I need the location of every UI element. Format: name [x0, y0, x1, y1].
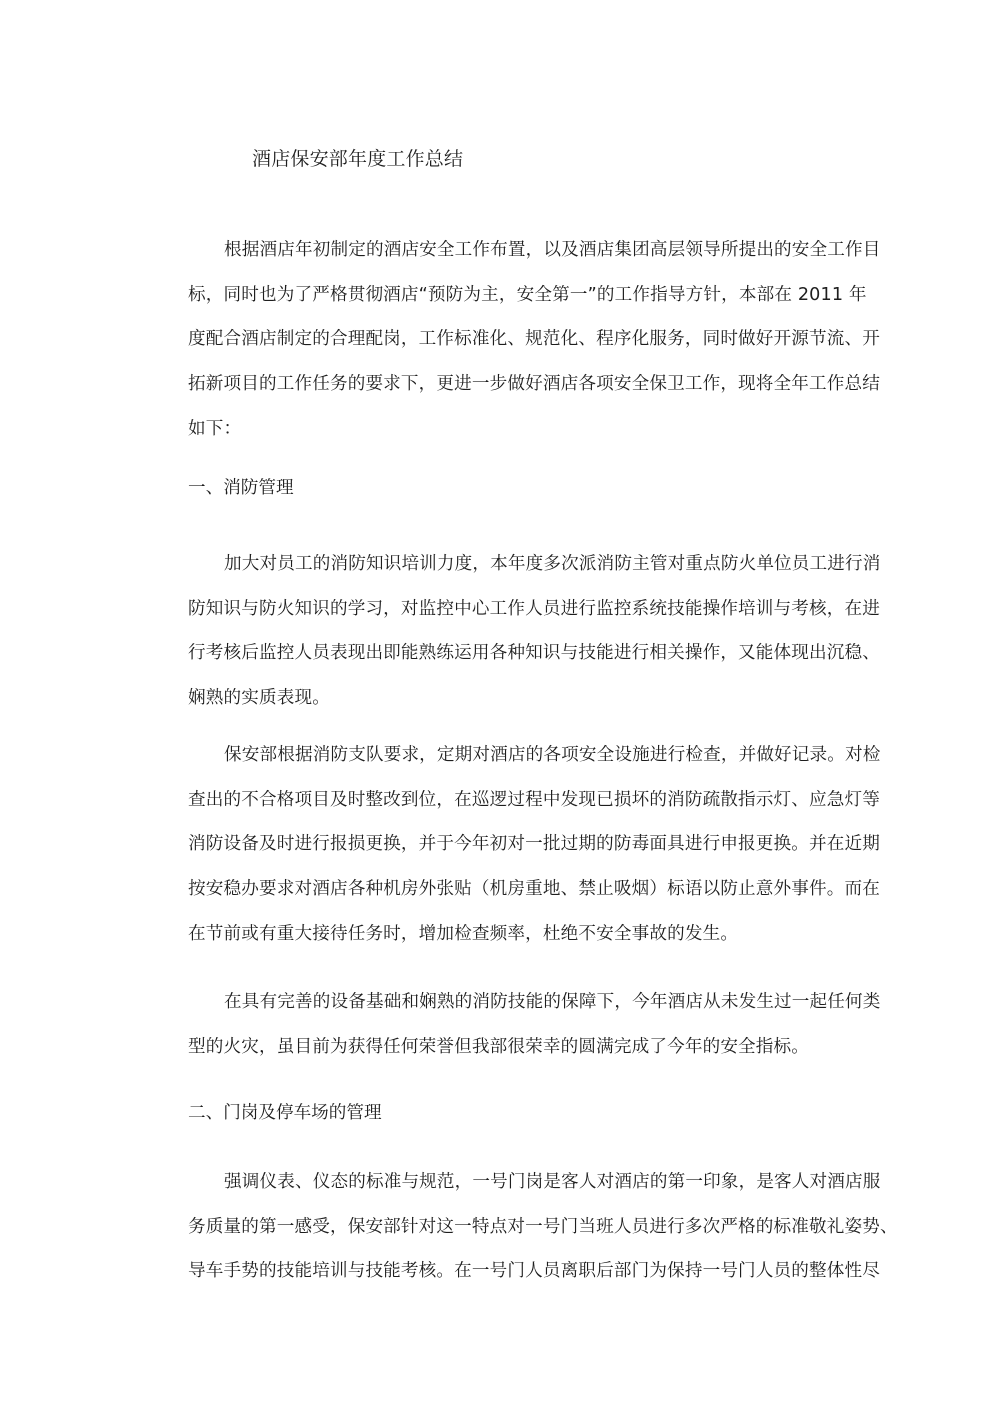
intro-paragraph: 根据酒店年初制定的酒店安全工作布置，以及酒店集团高层领导所提出的安全工作目 标，… [152, 228, 842, 452]
fire-training-paragraph: 加大对员工的消防知识培训力度，本年度多次派消防主管对重点防火单位员工进行消 防知… [152, 542, 842, 721]
text-line: 按安稳办要求对酒店各种机房外张贴（机房重地、禁止吸烟）标语以防止意外事件。而在 [152, 867, 842, 912]
fire-safety-result-paragraph: 在具有完善的设备基础和娴熟的消防技能的保障下，今年酒店从未发生过一起任何类 型的… [152, 980, 842, 1069]
text-line: 根据酒店年初制定的酒店安全工作布置，以及酒店集团高层领导所提出的安全工作目 [152, 228, 842, 273]
text-line: 加大对员工的消防知识培训力度，本年度多次派消防主管对重点防火单位员工进行消 [152, 542, 842, 587]
gate-standards-paragraph: 强调仪表、仪态的标准与规范，一号门岗是客人对酒店的第一印象，是客人对酒店服 务质… [152, 1160, 842, 1294]
section-heading-fire-management: 一、消防管理 [188, 473, 294, 503]
text-line: 务质量的第一感受，保安部针对这一特点对一号门当班人员进行多次严格的标准敬礼姿势、 [152, 1205, 842, 1250]
text-line: 标，同时也为了严格贯彻酒店“预防为主，安全第一”的工作指导方针，本部在 2011… [152, 273, 842, 318]
text-line: 强调仪表、仪态的标准与规范，一号门岗是客人对酒店的第一印象，是客人对酒店服 [152, 1160, 842, 1205]
text-line: 防知识与防火知识的学习，对监控中心工作人员进行监控系统技能操作培训与考核，在进 [152, 587, 842, 632]
text-line: 消防设备及时进行报损更换，并于今年初对一批过期的防毒面具进行申报更换。并在近期 [152, 822, 842, 867]
text-line: 查出的不合格项目及时整改到位，在巡逻过程中发现已损坏的消防疏散指示灯、应急灯等 [152, 778, 842, 823]
text-line: 保安部根据消防支队要求，定期对酒店的各项安全设施进行检查，并做好记录。对检 [152, 733, 842, 778]
text-line: 拓新项目的工作任务的要求下，更进一步做好酒店各项安全保卫工作，现将全年工作总结 [152, 362, 842, 407]
text-line: 型的火灾，虽目前为获得任何荣誉但我部很荣幸的圆满完成了今年的安全指标。 [152, 1025, 842, 1070]
fire-inspection-paragraph: 保安部根据消防支队要求，定期对酒店的各项安全设施进行检查，并做好记录。对检 查出… [152, 733, 842, 957]
text-line: 行考核后监控人员表现出即能熟练运用各种知识与技能进行相关操作，又能体现出沉稳、 [152, 631, 842, 676]
text-line: 度配合酒店制定的合理配岗，工作标准化、规范化、程序化服务，同时做好开源节流、开 [152, 317, 842, 362]
text-line: 在具有完善的设备基础和娴熟的消防技能的保障下，今年酒店从未发生过一起任何类 [152, 980, 842, 1025]
text-line: 导车手势的技能培训与技能考核。在一号门人员离职后部门为保持一号门人员的整体性尽 [152, 1249, 842, 1294]
text-line: 在节前或有重大接待任务时，增加检查频率，杜绝不安全事故的发生。 [152, 912, 842, 957]
document-title: 酒店保安部年度工作总结 [252, 144, 463, 174]
text-line: 娴熟的实质表现。 [152, 676, 842, 721]
section-heading-gate-parking: 二、门岗及停车场的管理 [188, 1098, 382, 1128]
text-line: 如下： [152, 407, 842, 452]
